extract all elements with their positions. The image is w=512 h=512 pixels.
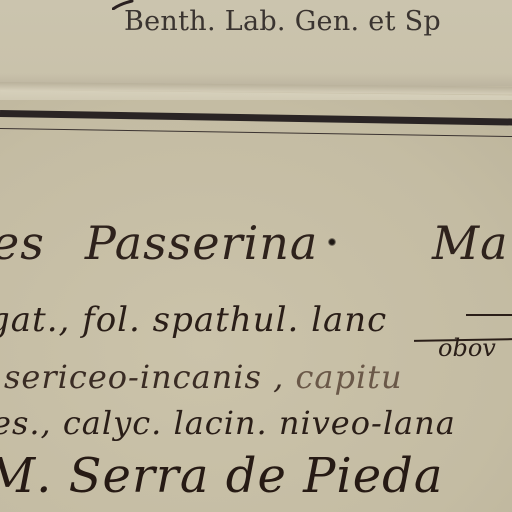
handwritten-line-calyx: es., calyc. lacin. niveo-lana — [0, 404, 456, 442]
handwritten-line-locality: M. Serra de Pieda — [0, 448, 444, 504]
handwritten-line-indument: sericeo-incanis , capitu — [4, 358, 403, 396]
printed-header: Benth. Lab. Gen. et Sp — [124, 6, 441, 37]
overline-mark — [466, 314, 512, 316]
upper-paper-sheet: Benth. Lab. Gen. et Sp — [0, 0, 512, 86]
handwritten-line-name: esPasserina Ma — [0, 216, 318, 270]
handwritten-line-leaves: gat., fol. spathul. lanc — [0, 300, 387, 340]
ink-spot — [328, 238, 336, 246]
inserted-correction: obov — [438, 334, 496, 362]
indument-text: sericeo-incanis , — [4, 358, 284, 396]
capitula-text: capitu — [295, 358, 402, 396]
genus-name: Passerina — [85, 216, 319, 270]
line-prefix: es — [0, 216, 45, 270]
species-name: Ma — [432, 216, 509, 270]
